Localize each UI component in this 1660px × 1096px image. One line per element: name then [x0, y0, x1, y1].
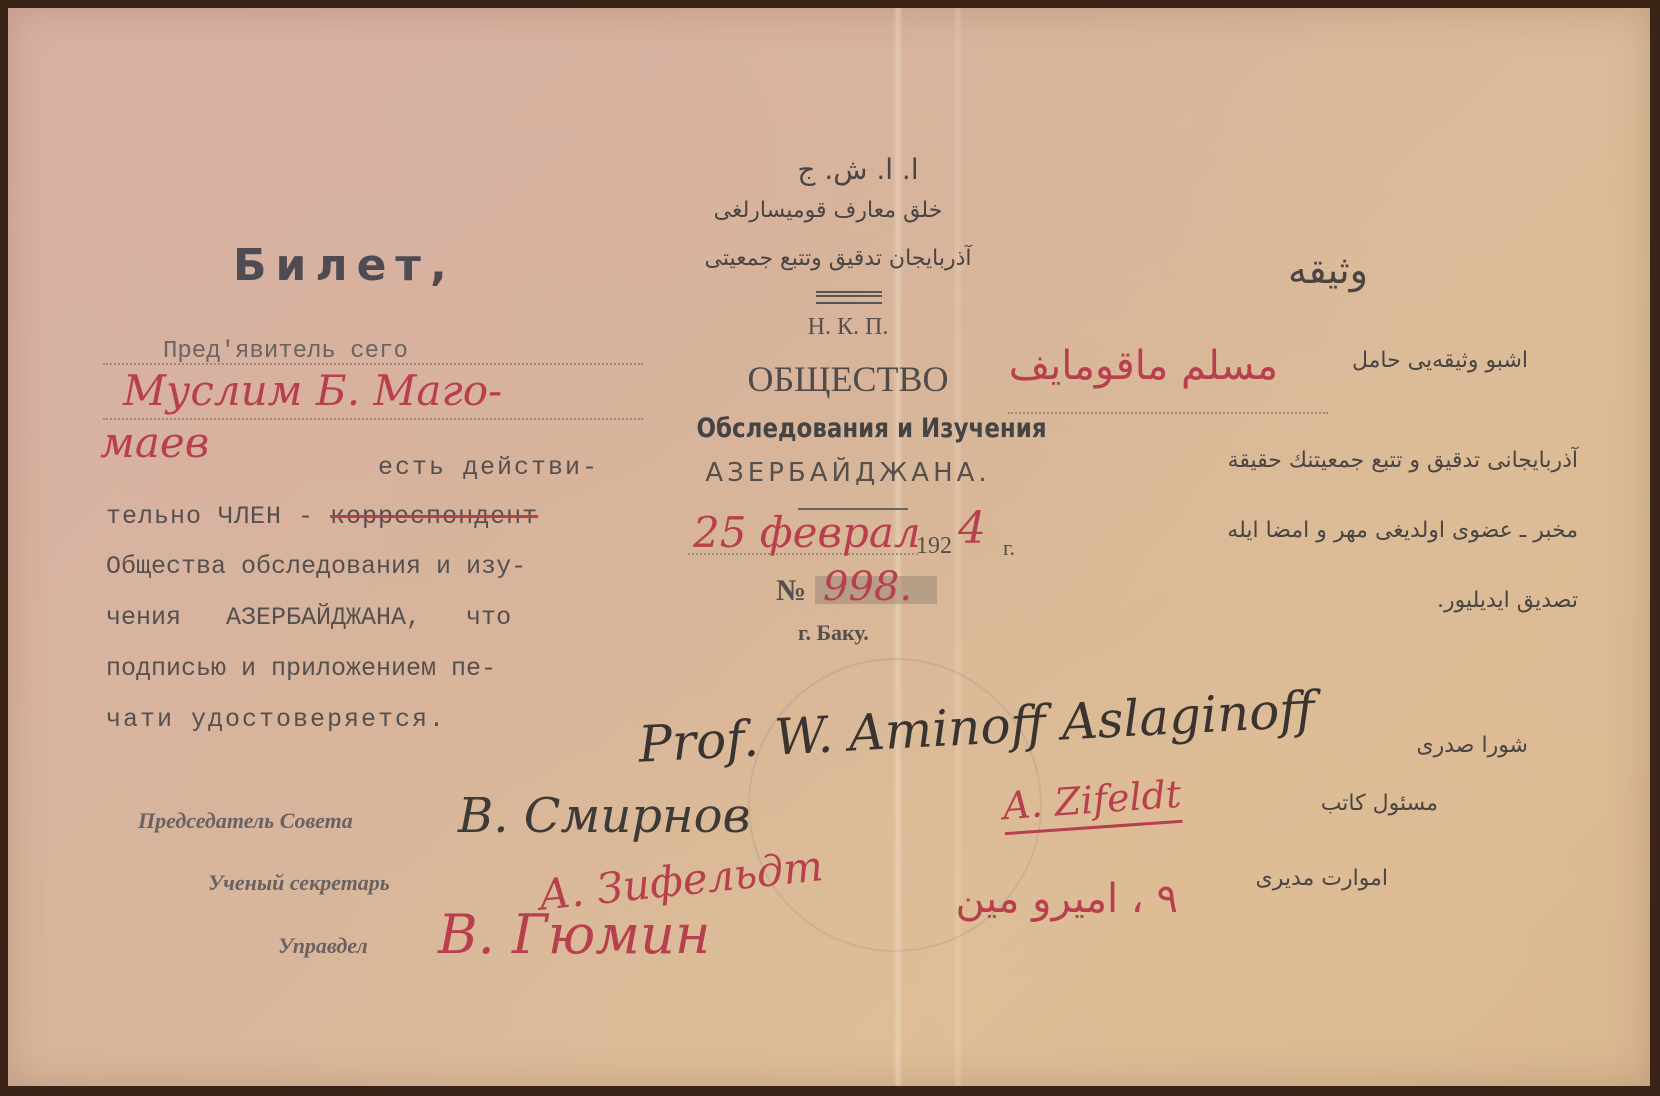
year-printed: 192: [916, 533, 952, 560]
text-line: есть действи-: [378, 453, 599, 482]
dotted-line: [103, 363, 643, 365]
org-abbr: Н. К. П.: [648, 314, 1048, 341]
org-name3: АЗЕРБАЙДЖАНА.: [648, 458, 1048, 488]
document-paper: Билет, Пред'явитель сего Муслим Б. Маго-…: [8, 8, 1650, 1086]
arabic-header-line1: ا. ا. ش. ج: [708, 153, 1008, 186]
text-line: чения АЗЕРБАЙДЖАНА, что: [106, 603, 511, 632]
year-handwritten: 4: [958, 503, 986, 554]
sci-secretary-label: Ученый секретарь: [208, 870, 390, 896]
text-line: Общества обследования и изу-: [106, 552, 526, 581]
bearer-name-line2: маев: [100, 418, 209, 467]
number-value: 998.: [823, 564, 912, 610]
ar-name-handwritten: مسلم ماقومایف: [958, 343, 1278, 389]
ar-line3: مخبر ـ عضوی اولدیغی مهر و امضا ایله: [1058, 518, 1578, 543]
date-handwritten: 25 феврал: [693, 508, 921, 557]
manager-signature: В. Гюмин: [438, 903, 710, 966]
chair-label: Председатель Совета: [138, 808, 353, 834]
title-ar: وثیقه: [1248, 248, 1408, 292]
double-rule: [816, 291, 882, 304]
ar-line1: اشبو وثیقه‌یی حامل: [1268, 348, 1528, 373]
struck-correspondent: корреспондент: [330, 502, 538, 531]
number-label: №: [776, 574, 806, 608]
ar-line2: آذربایجانی تدقیق و تتبع جمعیتنك حقیقة: [1058, 448, 1578, 473]
city: г. Баку.: [798, 620, 869, 646]
org-name2: Обследования и Изучения: [697, 413, 1020, 444]
text-line: подписью и приложением пе-: [106, 654, 496, 683]
arabic-header-line2: خلق معارف قومیسارلغی: [648, 198, 1008, 223]
text-line: чати удостоверяется.: [106, 705, 446, 734]
arabic-header-line3: آذربایجان تدقیق وتتبع جمعیتی: [648, 246, 1028, 271]
chair-signature: В. Смирнов: [458, 788, 750, 844]
year-suffix: г.: [1003, 535, 1015, 561]
bearer-intro: Пред'явитель сего: [163, 338, 408, 365]
title-ru: Билет,: [233, 240, 456, 291]
affairs-label-ar: اموارت مدیری: [1178, 866, 1388, 891]
affairs-signature: ۹ ، امیرو مین: [888, 876, 1178, 922]
secretary-signature: A. Zifeldt: [1001, 772, 1183, 835]
ar-line4: تصدیق ایدیلیور.: [1308, 588, 1578, 613]
manager-label: Управдел: [278, 933, 368, 959]
text-line-member: тельно ЧЛЕН - корреспондент: [106, 502, 538, 531]
bearer-name-line1: Муслим Б. Маго-: [123, 366, 502, 415]
dotted-line: [1008, 412, 1328, 414]
secretary-label-ar: مسئول کاتب: [1298, 791, 1438, 816]
member-label: тельно ЧЛЕН -: [106, 502, 330, 531]
chair-label-ar: شورا صدری: [1388, 733, 1528, 758]
